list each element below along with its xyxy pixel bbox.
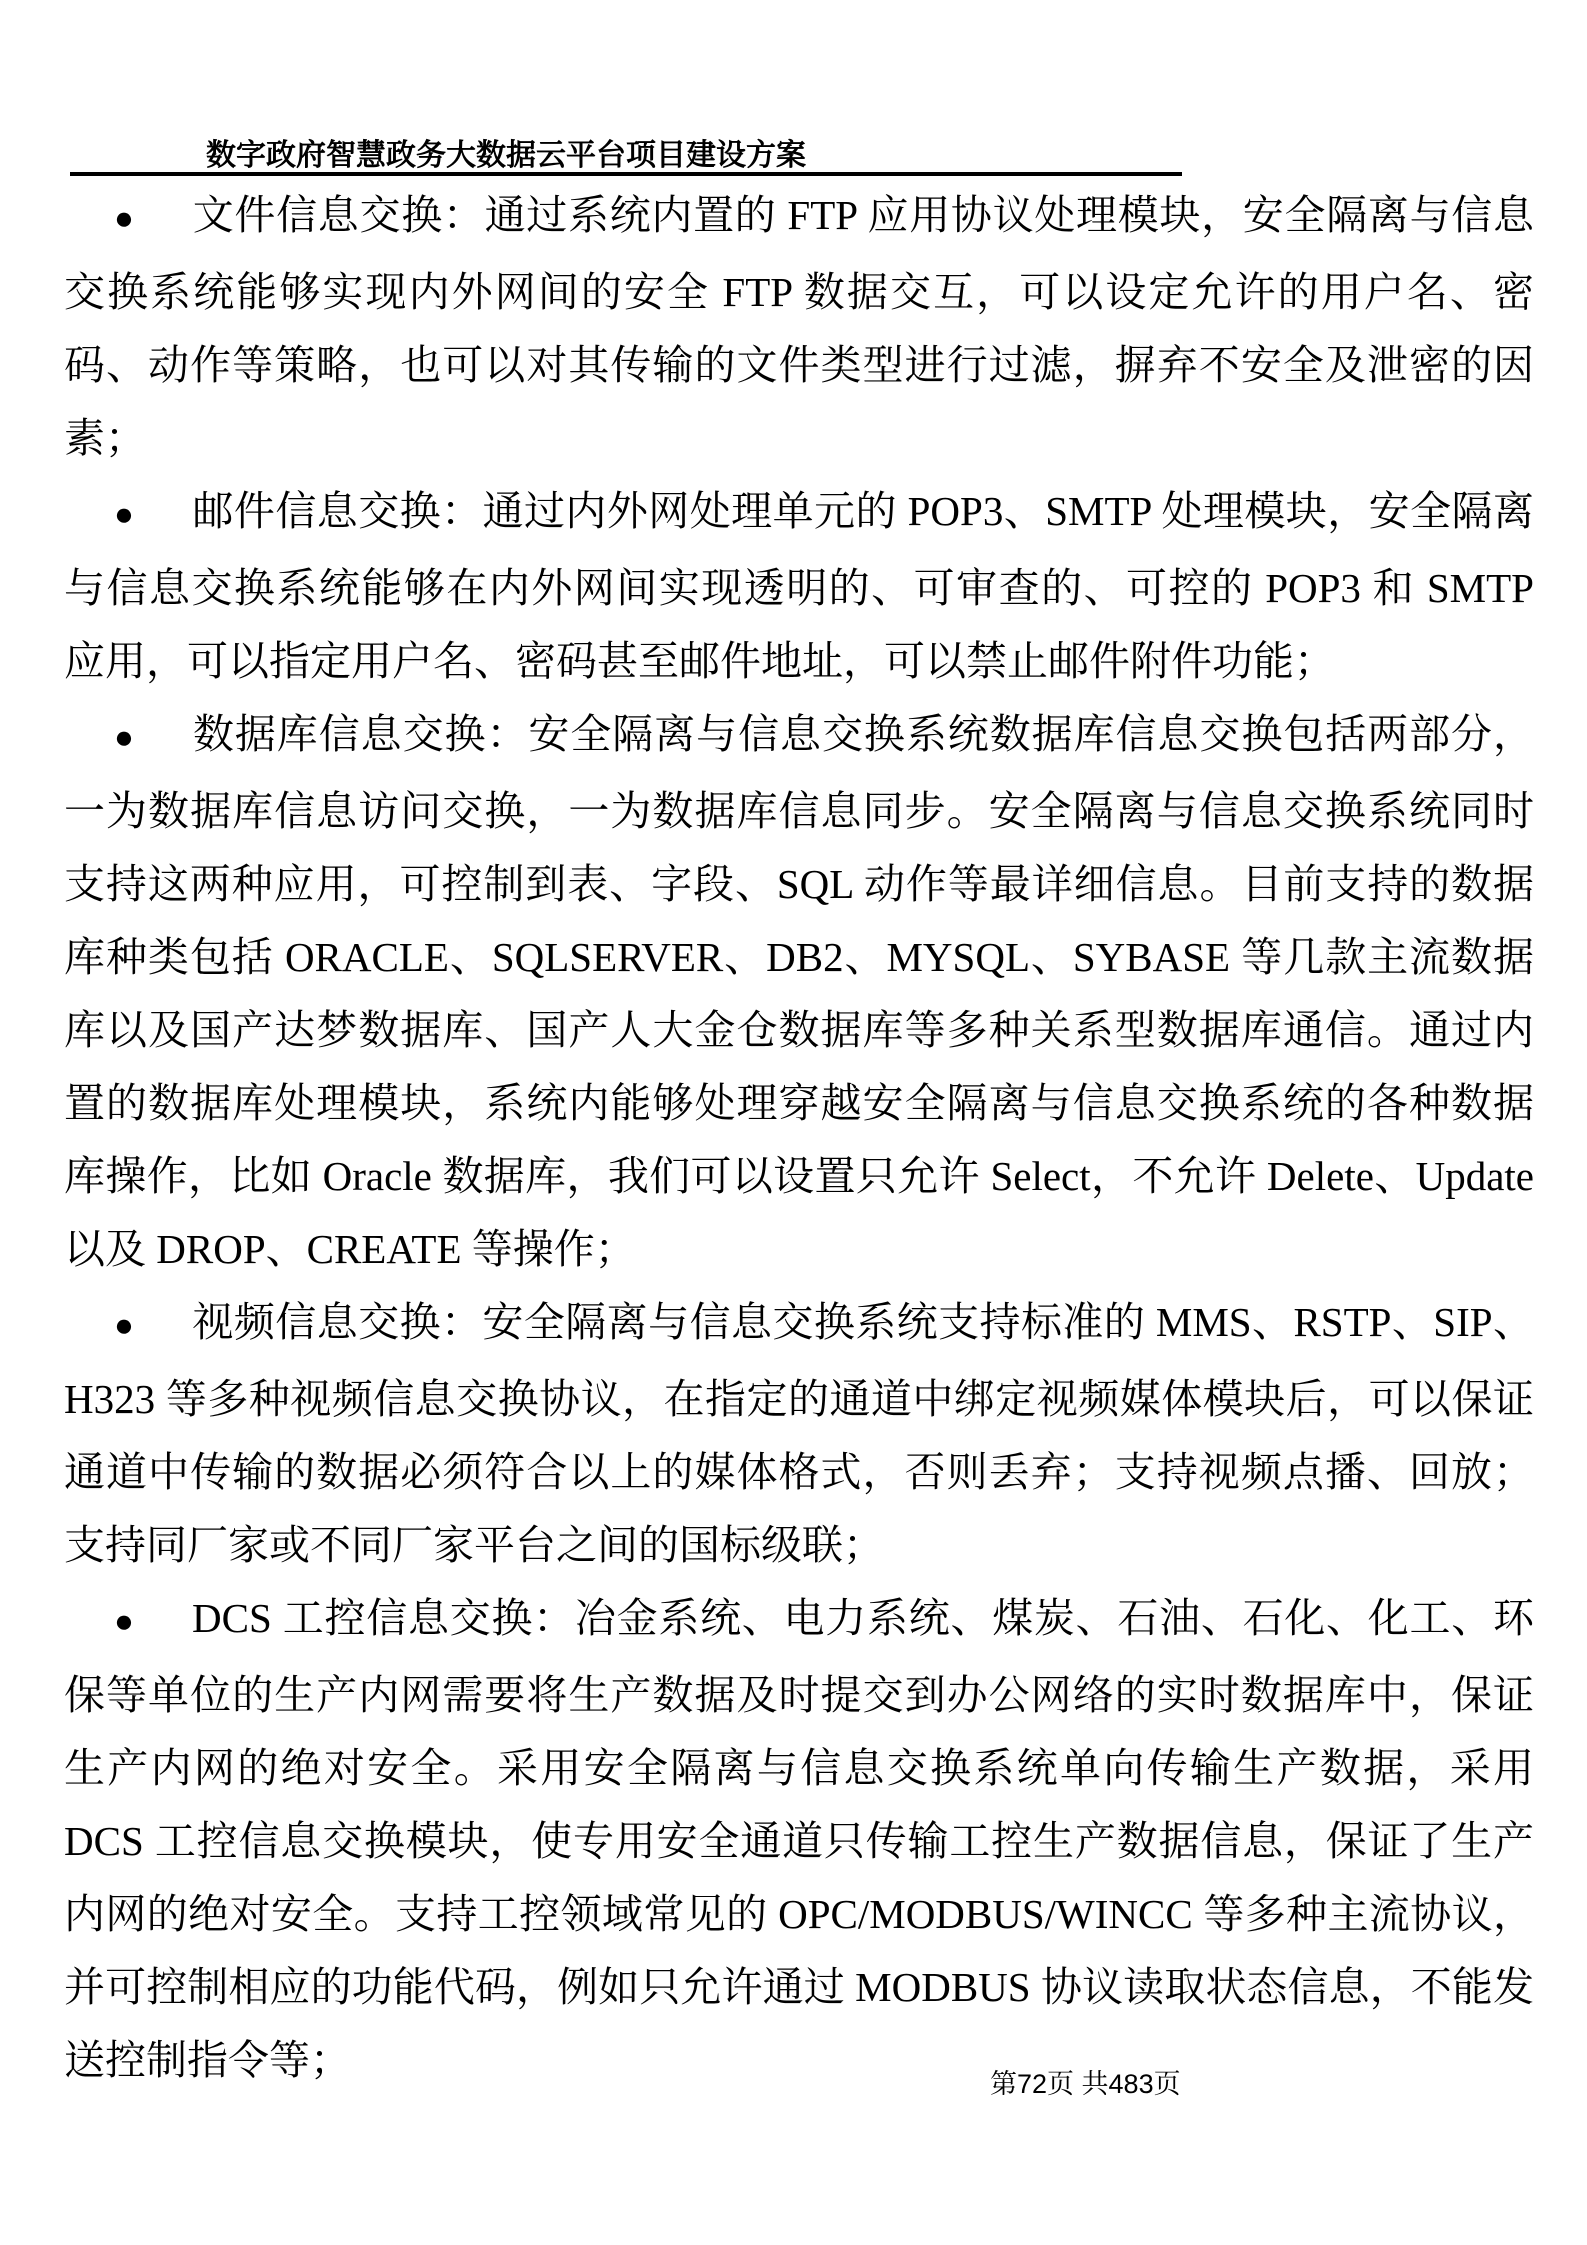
paragraph-text: 数据库信息交换：安全隔离与信息交换系统数据库信息交换包括两部分，一为数据库信息访…: [64, 711, 1534, 1272]
paragraph-text: DCS 工控信息交换：冶金系统、电力系统、煤炭、石油、石化、化工、环保等单位的生…: [64, 1595, 1534, 2083]
bullet-paragraph-dcs-exchange: ●DCS 工控信息交换：冶金系统、电力系统、煤炭、石油、石化、化工、环保等单位的…: [64, 1582, 1534, 2097]
paragraph-text: 文件信息交换：通过系统内置的 FTP 应用协议处理模块，安全隔离与信息交换系统能…: [64, 192, 1534, 461]
bullet-paragraph-file-exchange: ●文件信息交换：通过系统内置的 FTP 应用协议处理模块，安全隔离与信息交换系统…: [64, 179, 1534, 475]
document-body: ●文件信息交换：通过系统内置的 FTP 应用协议处理模块，安全隔离与信息交换系统…: [64, 179, 1534, 2097]
header-rule: [70, 172, 1182, 176]
paragraph-text: 邮件信息交换：通过内外网处理单元的 POP3、SMTP 处理模块，安全隔离与信息…: [64, 488, 1534, 684]
bullet-paragraph-video-exchange: ●视频信息交换：安全隔离与信息交换系统支持标准的 MMS、RSTP、SIP、H3…: [64, 1286, 1534, 1582]
bullet-icon: ●: [114, 1290, 192, 1363]
bullet-icon: ●: [114, 1586, 192, 1659]
document-page: 数字政府智慧政务大数据云平台项目建设方案 ●文件信息交换：通过系统内置的 FTP…: [0, 0, 1587, 2245]
paragraph-text: 视频信息交换：安全隔离与信息交换系统支持标准的 MMS、RSTP、SIP、H32…: [64, 1299, 1534, 1568]
page-footer: 第72页 共483页: [990, 2062, 1181, 2101]
bullet-icon: ●: [114, 702, 192, 775]
header-title: 数字政府智慧政务大数据云平台项目建设方案: [206, 130, 806, 174]
page-number: 第72页 共483页: [990, 2069, 1181, 2099]
bullet-icon: ●: [114, 183, 192, 256]
bullet-paragraph-mail-exchange: ●邮件信息交换：通过内外网处理单元的 POP3、SMTP 处理模块，安全隔离与信…: [64, 475, 1534, 698]
bullet-icon: ●: [114, 479, 192, 552]
bullet-paragraph-database-exchange: ●数据库信息交换：安全隔离与信息交换系统数据库信息交换包括两部分，一为数据库信息…: [64, 698, 1534, 1286]
